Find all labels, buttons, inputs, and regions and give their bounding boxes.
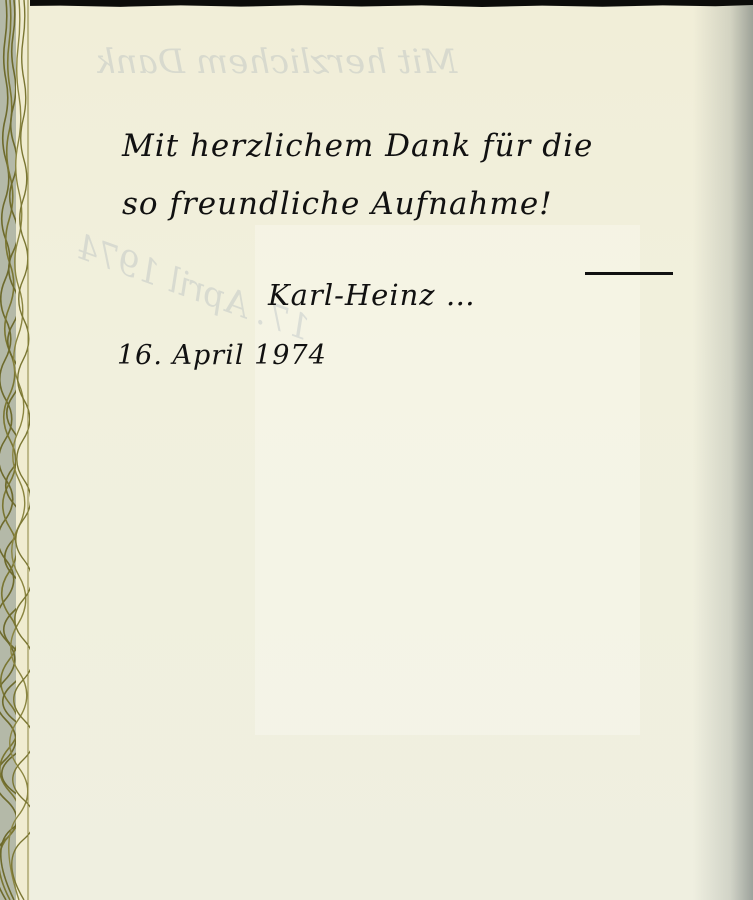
guestbook-page: Mit herzlichem Dank 17. April 1974 Mit h… bbox=[0, 0, 753, 900]
signature: Karl-Heinz … bbox=[268, 278, 476, 312]
inscription-date: 16. April 1974 bbox=[117, 340, 327, 371]
inscription-line-1: Mit herzlichem Dank für die bbox=[122, 128, 593, 164]
deckle-edge-icon bbox=[0, 0, 30, 900]
stacked-page-edges bbox=[0, 0, 30, 900]
page-top-edge bbox=[0, 0, 753, 9]
bleed-through-text-1: Mit herzlichem Dank bbox=[95, 42, 457, 82]
inscription-line-2: so freundliche Aufnahme! bbox=[122, 186, 553, 222]
signature-overline bbox=[585, 272, 673, 275]
